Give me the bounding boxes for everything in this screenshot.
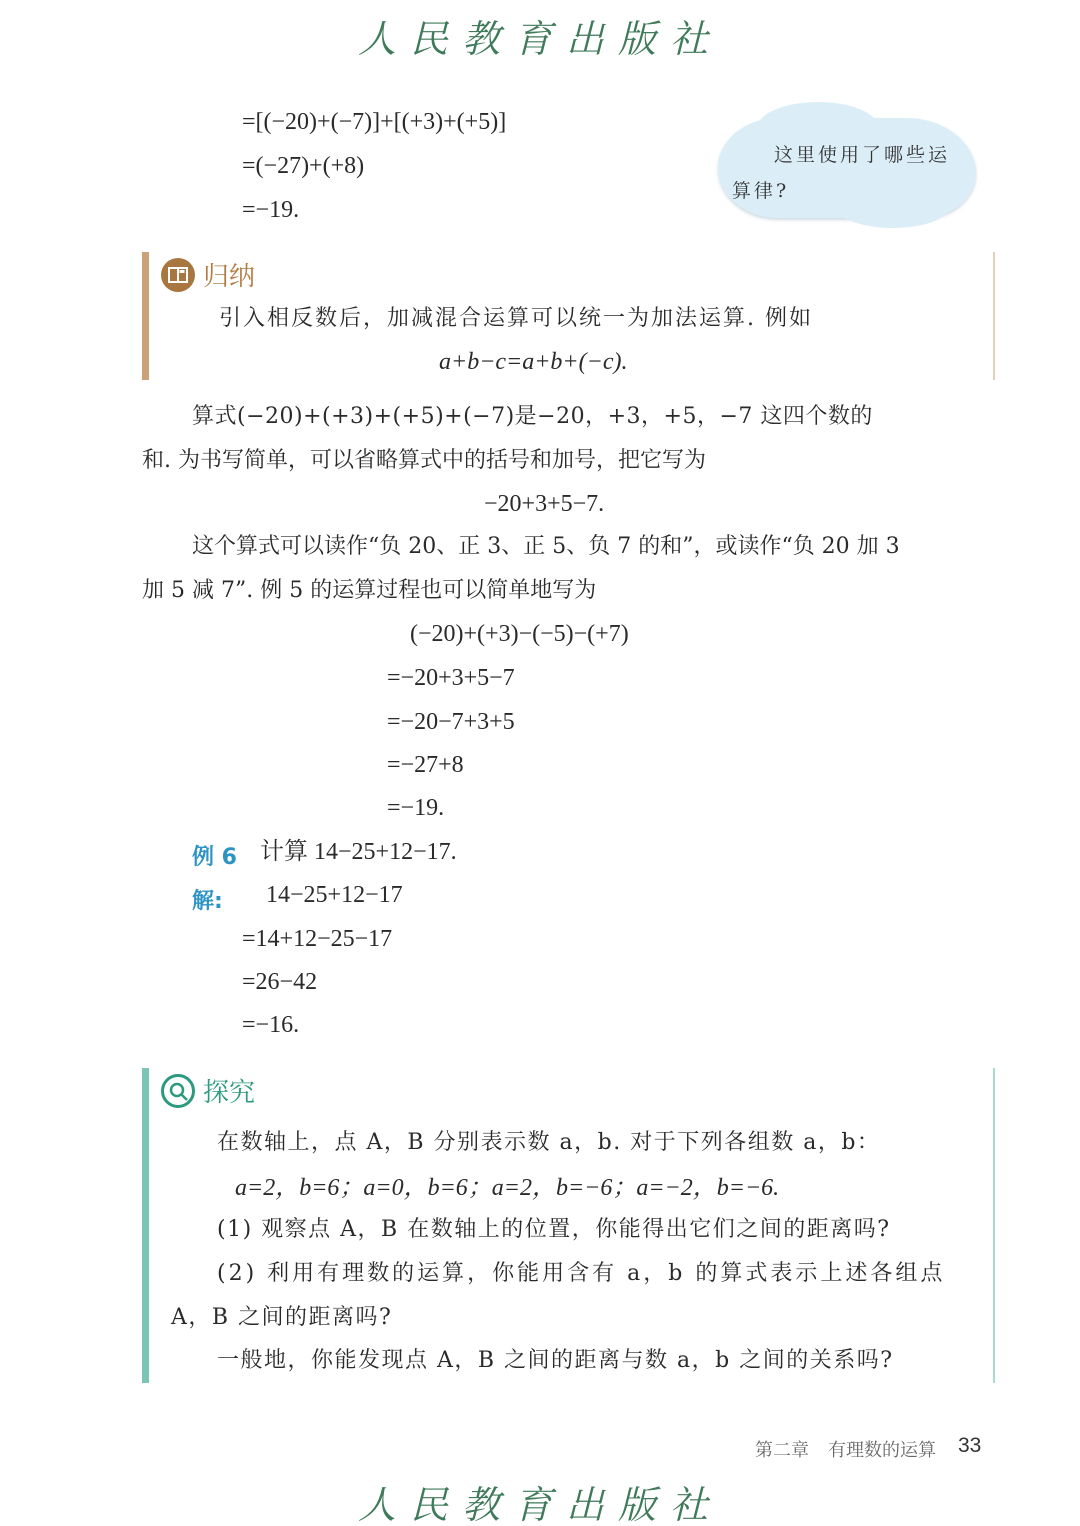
explore-box: 探究 在数轴上，点 A，B 分别表示数 a，b. 对于下列各组数 a，b： a=…: [142, 1068, 995, 1383]
page-number: 33: [958, 1434, 981, 1458]
solution-step: 14−25+12−17: [266, 883, 403, 907]
section-label: 有理数的运算: [828, 1436, 936, 1462]
example5-step: =−20−7+3+5: [387, 710, 515, 734]
explore-question-2: (2) 利用有理数的运算，你能用含有 a，b 的算式表示上述各组点: [217, 1263, 945, 1285]
derivation-step: =(−27)+(+8): [242, 154, 364, 178]
paragraph-1-line-2: 和. 为书写简单，可以省略算式中的括号和加号，把它写为: [142, 450, 706, 472]
paragraph-1-line-1: 算式(−20)+(+3)+(+5)+(−7)是−20，+3，+5，−7 这四个数…: [192, 406, 873, 428]
publisher-watermark-top: 人民教育出版社: [0, 8, 1080, 63]
explore-intro: 在数轴上，点 A，B 分别表示数 a，b. 对于下列各组数 a，b：: [217, 1132, 880, 1154]
paragraph-2-line-1: 这个算式可以读作“负 20、正 3、正 5、负 7 的和”，或读作“负 20 加…: [192, 536, 900, 558]
explore-header: 探究: [161, 1072, 255, 1109]
solution-step: =14+12−25−17: [242, 927, 392, 951]
bubble-text-line1: 这里使用了哪些运: [774, 140, 950, 167]
explore-title: 探究: [203, 1072, 255, 1109]
explore-pairs: a=2，b=6；a=0，b=6；a=2，b=−6；a=−2，b=−6.: [235, 1176, 779, 1200]
explore-question-2-cont: A，B 之间的距离吗?: [171, 1307, 392, 1329]
publisher-watermark-bottom: 人民教育出版社: [0, 1474, 1080, 1526]
summary-text: 引入相反数后，加减混合运算可以统一为加法运算. 例如: [219, 308, 813, 330]
derivation-step: =[(−20)+(−7)]+[(+3)+(+5)]: [242, 110, 506, 134]
book-icon: [161, 258, 195, 292]
summary-box: 归纳 引入相反数后，加减混合运算可以统一为加法运算. 例如 a+b−c=a+b+…: [142, 252, 995, 380]
paragraph-2-line-2: 加 5 减 7”. 例 5 的运算过程也可以简单地写为: [142, 580, 596, 602]
example-6-label: 例 6: [192, 840, 237, 871]
magnifier-icon: [161, 1074, 195, 1108]
explore-general: 一般地，你能发现点 A，B 之间的距离与数 a，b 之间的关系吗?: [217, 1350, 894, 1372]
example5-step: =−19.: [387, 796, 444, 820]
solution-step: =26−42: [242, 970, 317, 994]
example-6-problem: 计算 14−25+12−17.: [260, 840, 457, 864]
derivation-step: =−19.: [242, 198, 299, 222]
paragraph-1-formula: −20+3+5−7.: [484, 492, 604, 516]
summary-title: 归纳: [203, 256, 255, 293]
example5-step: =−27+8: [387, 753, 464, 777]
example5-step: (−20)+(+3)−(−5)−(+7): [410, 622, 629, 646]
solution-label: 解:: [192, 884, 223, 915]
summary-formula: a+b−c=a+b+(−c).: [439, 350, 627, 374]
thought-bubble: 这里使用了哪些运 算律?: [718, 118, 976, 218]
chapter-label: 第二章: [755, 1436, 809, 1462]
bubble-text-line2: 算律?: [732, 176, 789, 203]
summary-header: 归纳: [161, 256, 255, 293]
explore-question-1: (1) 观察点 A，B 在数轴上的位置，你能得出它们之间的距离吗?: [217, 1219, 891, 1241]
solution-step: =−16.: [242, 1013, 299, 1037]
example5-step: =−20+3+5−7: [387, 666, 515, 690]
